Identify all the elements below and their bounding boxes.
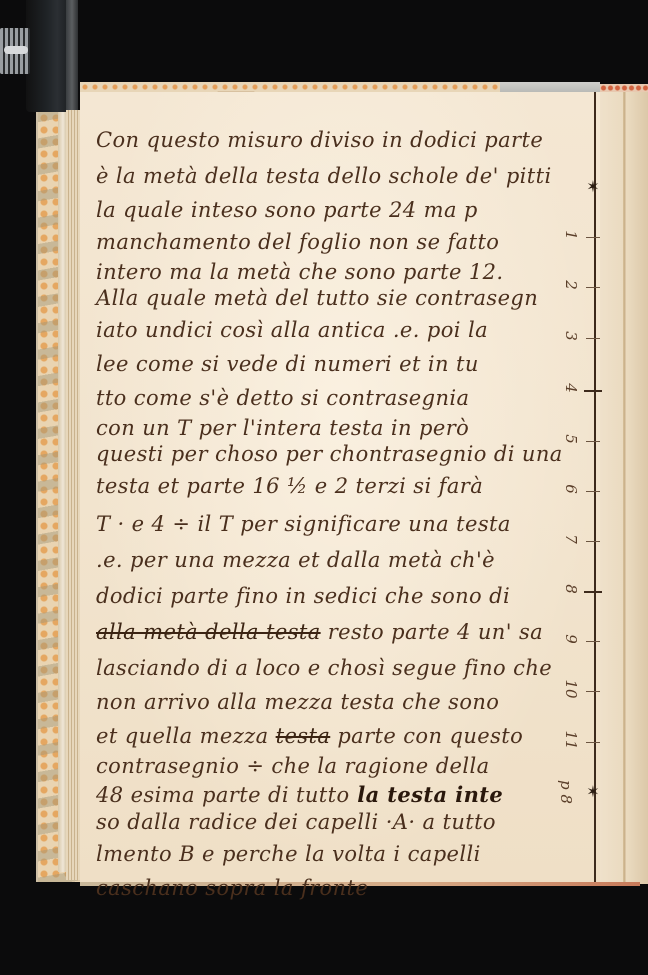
scale-bottom-star-icon: ✶ [584,785,602,799]
text-line: caschano sopra la fronte [96,876,368,900]
text-continuation: resto parte 4 un' sa [321,620,543,644]
text-line: T · e 4 ÷ il T per significare una testa [96,512,511,536]
text-line: Alla quale metà del tutto sie contrasegn [96,286,538,310]
text-line: et quella mezza testa parte con questo [96,724,523,748]
red-page-edge [600,84,648,92]
text-line: non arrivo alla mezza testa che sono [96,690,499,714]
struck-text: testa [276,724,331,748]
scale-number: 11 [562,729,580,751]
scale-number: 3 [562,325,580,347]
scale-tick [586,441,600,442]
text-line: dodici parte fino in sedici che sono di [96,584,510,608]
text-segment: et quella mezza [96,724,269,748]
text-line: iato undici così alla antica .e. poi la [96,318,488,342]
text-line: la quale inteso sono parte 24 ma p [96,198,478,222]
page-fold [623,92,626,882]
page-edges [66,110,80,880]
scale-number: 9 [562,628,580,650]
scale-number: 2 [562,274,580,296]
text-line: testa et parte 16 ½ e 2 terzi si farà [96,474,483,498]
top-edge-grey [500,82,600,92]
text-line: intero ma la metà che sono parte 12. [96,260,503,284]
scale-number: 7 [562,528,580,550]
scale-number: 5 [562,428,580,450]
clip-ribbon [0,28,30,74]
text-insertion: la testa inte [350,782,504,807]
scale-tick [584,390,602,392]
text-line: con un T per l'intera testa in però [96,416,469,440]
scale-rule [594,92,596,882]
text-line: lmento B e perche la volta i capelli [96,842,481,866]
scale-tick [586,641,600,642]
clip-edge [66,0,78,112]
text-continuation: parte con questo [330,724,523,748]
text-line: so dalla radice dei capelli ·A· a tutto [96,810,496,834]
scale-tick [586,491,600,492]
scale-number: 4 [562,377,580,399]
scale-tick [586,691,600,692]
text-line: lee come si vede di numeri et in tu [96,352,479,376]
text-line: .e. per una mezza et dalla metà ch'è [96,548,495,572]
text-line: Con questo misuro diviso in dodici parte [96,128,543,152]
text-line: 48 esima parte di tutto la testa inte [96,782,503,807]
scale-tick [586,237,600,238]
scale-tick [586,742,600,743]
scale-top-star-icon: ✶ [584,180,602,194]
text-segment: 48 esima parte di tutto [96,783,350,807]
text-line: questi per choso per chontrasegnio di un… [96,442,563,466]
struck-text: alla metà della testa [96,620,321,644]
text-line: alla metà della testa resto parte 4 un' … [96,620,543,644]
text-line: manchamento del foglio non se fatto [96,230,499,254]
scale-number: 8 [562,578,580,600]
scale-tick [584,591,602,593]
text-line: tto come s'è detto si contrasegnia [96,386,469,410]
scale-bottom-label: p 8 [557,774,575,810]
text-line: è la metà della testa dello schole de' p… [96,164,552,188]
scale-tick [586,287,600,288]
text-line: contrasegnio ÷ che la ragione della [96,754,490,778]
scale-number: 1 [562,224,580,246]
manuscript-photo: ✶ 1 2 3 4 5 6 7 8 9 10 11 ✶ p 8 Con ques… [0,0,648,975]
scale-number: 6 [562,478,580,500]
scale-tick [586,541,600,542]
text-line: lasciando di a loco e chosì segue fino c… [96,656,552,680]
scale-number: 10 [562,678,580,700]
scale-tick [586,338,600,339]
